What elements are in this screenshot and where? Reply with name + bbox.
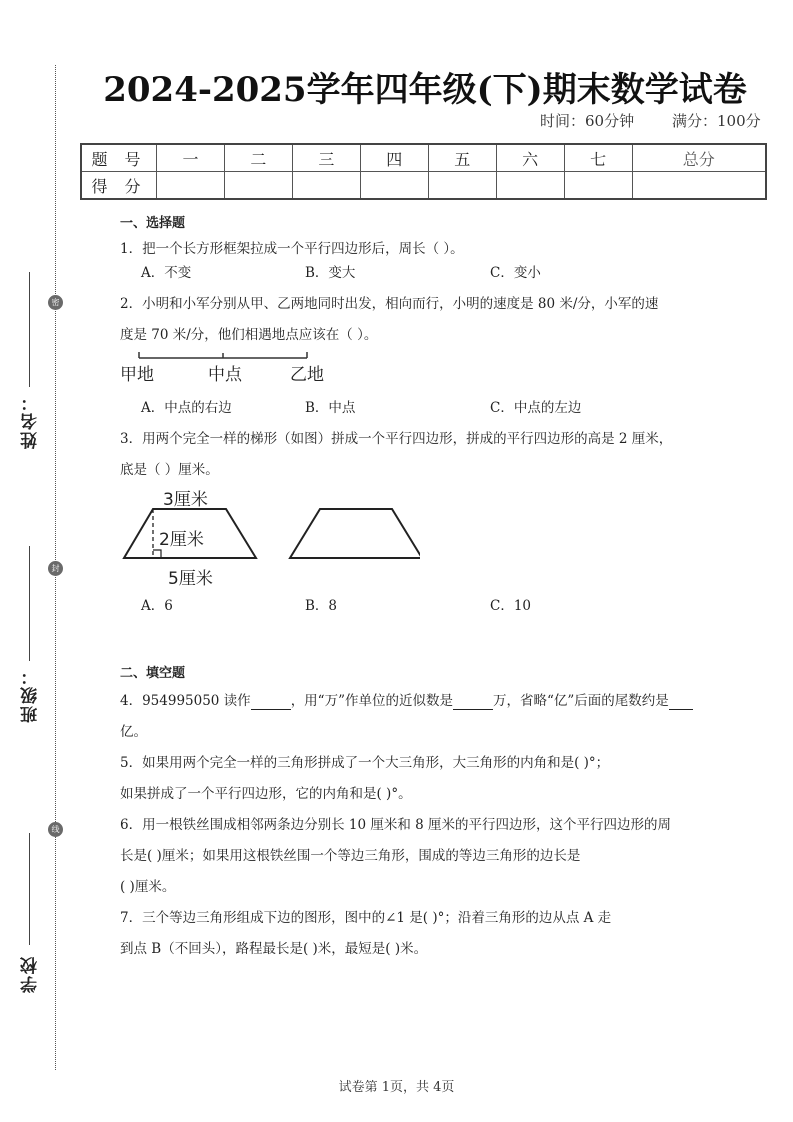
section-title-choice: 一、选择题	[120, 212, 185, 231]
question-1-text: 1．把一个长方形框架拉成一个平行四边形后，周长（ ）。	[120, 237, 464, 257]
score-table-cell: 题 号	[81, 144, 157, 172]
q4-text-c: 万，省略“亿”后面的尾数约是	[493, 693, 669, 709]
seal-feng: 封	[48, 561, 63, 576]
class-write-line[interactable]	[29, 546, 30, 661]
q4-blank-wan[interactable]	[453, 693, 493, 710]
score-table-cell: 一	[157, 144, 225, 172]
question-7-line1: 7．三个等边三角形组成下边的图形，图中的∠1 是( )°；沿着三角形的边从点 A…	[120, 906, 611, 926]
q3-option-a[interactable]: A．6	[141, 594, 173, 614]
score-input-cell[interactable]	[360, 172, 428, 200]
score-input-cell[interactable]	[157, 172, 225, 200]
q2-option-c[interactable]: C．中点的左边	[490, 396, 581, 416]
score-input-cell[interactable]	[496, 172, 564, 200]
q3-option-b[interactable]: B．8	[305, 594, 337, 614]
score-table: 题 号 一 二 三 四 五 六 七 总分 得 分	[80, 143, 767, 200]
score-table-cell: 四	[360, 144, 428, 172]
question-5-line2: 如果拼成了一个平行四边形，它的内角和是( )°。	[120, 782, 412, 802]
q1-option-c[interactable]: C．变小	[490, 261, 541, 281]
score-input-cell[interactable]	[292, 172, 360, 200]
full-score-label: 满分：100分	[672, 110, 761, 131]
trapezoid-bottom-label: 5厘米	[168, 564, 213, 589]
q1-option-a[interactable]: A．不变	[141, 261, 191, 281]
page-footer: 试卷第 1页，共 4页	[0, 1076, 793, 1095]
section-title-fill-blank: 二、填空题	[120, 662, 185, 681]
score-table-cell: 六	[496, 144, 564, 172]
question-2-line1: 2．小明和小军分别从甲、乙两地同时出发，相向而行，小明的速度是 80 米/分，小…	[120, 292, 658, 312]
trapezoid-height-label: 2厘米	[159, 525, 204, 550]
q4-blank-yi[interactable]	[669, 693, 693, 710]
trapezoid-diagrams	[110, 478, 420, 588]
question-3-line1: 3．用两个完全一样的梯形（如图）拼成一个平行四边形，拼成的平行四边形的高是 2 …	[120, 427, 672, 447]
score-table-cell: 得 分	[81, 172, 157, 200]
score-input-cell[interactable]	[632, 172, 766, 200]
q4-blank-reading[interactable]	[251, 693, 291, 710]
seal-mi: 密	[48, 295, 63, 310]
school-label: 学校	[18, 955, 44, 993]
q3-option-c[interactable]: C．10	[490, 594, 531, 614]
q1-option-b[interactable]: B．变大	[305, 261, 355, 281]
score-table-cell: 五	[428, 144, 496, 172]
q2-option-a[interactable]: A．中点的右边	[141, 396, 232, 416]
q2-option-b[interactable]: B．中点	[305, 396, 355, 416]
score-table-score-row: 得 分	[81, 172, 766, 200]
question-5-line1: 5．如果用两个完全一样的三角形拼成了一个大三角形，大三角形的内角和是( )°；	[120, 751, 609, 771]
name-write-line[interactable]	[29, 272, 30, 387]
question-2-line2: 度是 70 米/分，他们相遇地点应该在（ ）。	[120, 323, 377, 343]
score-input-cell[interactable]	[428, 172, 496, 200]
question-4-line1: 4．954995050 读作 ，用“万”作单位的近似数是 万，省略“亿”后面的尾…	[120, 689, 693, 710]
q4-text-b: ，用“万”作单位的近似数是	[291, 693, 453, 709]
class-label: 班级：	[18, 666, 44, 723]
score-table-cell: 二	[224, 144, 292, 172]
diagram-label-jia: 甲地	[120, 360, 154, 385]
name-label: 姓名：	[18, 392, 44, 449]
trapezoid-top-label: 3厘米	[163, 485, 208, 510]
exam-title: 2024-2025学年四年级(下)期末数学试卷	[80, 62, 770, 111]
seal-xian: 线	[48, 822, 63, 837]
diagram-label-midpoint: 中点	[208, 360, 242, 385]
question-7-line2: 到点 B（不回头），路程最长是( )米，最短是( )米。	[120, 937, 427, 957]
score-input-cell[interactable]	[564, 172, 632, 200]
score-table-cell: 总分	[632, 144, 766, 172]
question-6-line3: ( )厘米。	[120, 875, 175, 895]
score-input-cell[interactable]	[224, 172, 292, 200]
score-table-header-row: 题 号 一 二 三 四 五 六 七 总分	[81, 144, 766, 172]
score-table-cell: 七	[564, 144, 632, 172]
question-6-line1: 6．用一根铁丝围成相邻两条边分别长 10 厘米和 8 厘米的平行四边形，这个平行…	[120, 813, 671, 833]
school-write-line[interactable]	[29, 833, 30, 945]
question-3-line2: 底是（ ）厘米。	[120, 458, 219, 478]
score-table-cell: 三	[292, 144, 360, 172]
question-6-line2: 长是( )厘米；如果用这根铁丝围一个等边三角形，围成的等边三角形的边长是	[120, 844, 580, 864]
time-label: 时间：60分钟	[540, 110, 634, 131]
question-4-line2: 亿。	[120, 720, 147, 740]
q4-text-a: 4．954995050 读作	[120, 693, 251, 709]
diagram-label-yi: 乙地	[290, 360, 324, 385]
